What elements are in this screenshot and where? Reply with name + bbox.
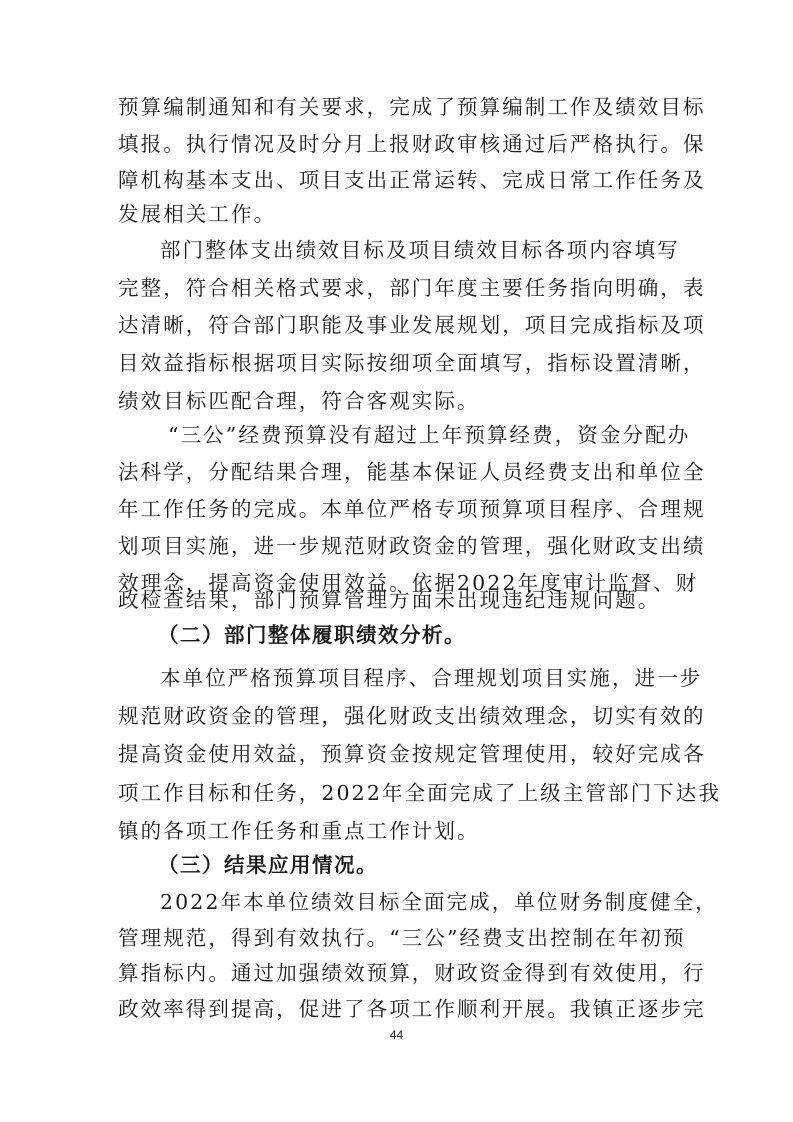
paragraph-line: 2022年本单位绩效目标全面完成，单位财务制度健全， (160, 888, 678, 916)
paragraph-line: 完整，符合相关格式要求，部门年度主要任务指向明确，表 (118, 274, 678, 302)
paragraph-line: 部门整体支出绩效目标及项目绩效目标各项内容填写 (160, 236, 678, 264)
paragraph-line: 绩效目标匹配合理，符合客观实际。 (118, 387, 678, 415)
paragraph-line: 达清晰，符合部门职能及事业发展规划，项目完成指标及项 (118, 311, 678, 339)
paragraph-line: 障机构基本支出、项目支出正常运转、完成日常工作任务及 (118, 166, 678, 194)
paragraph-line: 规范财政资金的管理，强化财政支出绩效理念，切实有效的 (118, 702, 678, 730)
paragraph-line: 本单位严格预算项目程序、合理规划项目实施，进一步 (160, 664, 678, 692)
section-heading: （三）结果应用情况。 (158, 851, 678, 879)
paragraph-line: 年工作任务的完成。本单位严格专项预算项目程序、合理规 (118, 495, 678, 523)
paragraph-line: 政检查结果，部门预算管理方面未出现违纪违规问题。 (118, 586, 678, 614)
paragraph-line: 算指标内。通过加强绩效预算，财政资金得到有效使用，行 (118, 959, 678, 987)
paragraph-line: 预算编制通知和有关要求，完成了预算编制工作及绩效目标 (118, 93, 678, 121)
page-number: 44 (0, 1028, 793, 1042)
paragraph-line: 项工作目标和任务，2022年全面完成了上级主管部门下达我 (118, 779, 678, 807)
paragraph-line: 法科学，分配结果合理，能基本保证人员经费支出和单位全 (118, 458, 678, 486)
paragraph-line: 政效率得到提高，促进了各项工作顺利开展。我镇正逐步完 (118, 995, 678, 1023)
paragraph-line: 填报。执行情况及时分月上报财政审核通过后严格执行。保 (118, 130, 678, 158)
document-page: 预算编制通知和有关要求，完成了预算编制工作及绩效目标 填报。执行情况及时分月上报… (0, 0, 793, 1122)
paragraph-line: 镇的各项工作任务和重点工作计划。 (118, 817, 678, 845)
paragraph-line: 提高资金使用效益，预算资金按规定管理使用，较好完成各 (118, 740, 678, 768)
section-heading: （二）部门整体履职绩效分析。 (158, 621, 678, 649)
paragraph-line: 目效益指标根据项目实际按细项全面填写，指标设置清晰， (118, 349, 678, 377)
paragraph-line: 划项目实施，进一步规范财政资金的管理，强化财政支出绩 (118, 532, 678, 560)
paragraph-line: “三公”经费预算没有超过上年预算经费，资金分配办 (168, 421, 678, 449)
paragraph-line: 发展相关工作。 (118, 200, 678, 228)
paragraph-line: 管理规范，得到有效执行。“三公”经费支出控制在年初预 (118, 924, 678, 952)
